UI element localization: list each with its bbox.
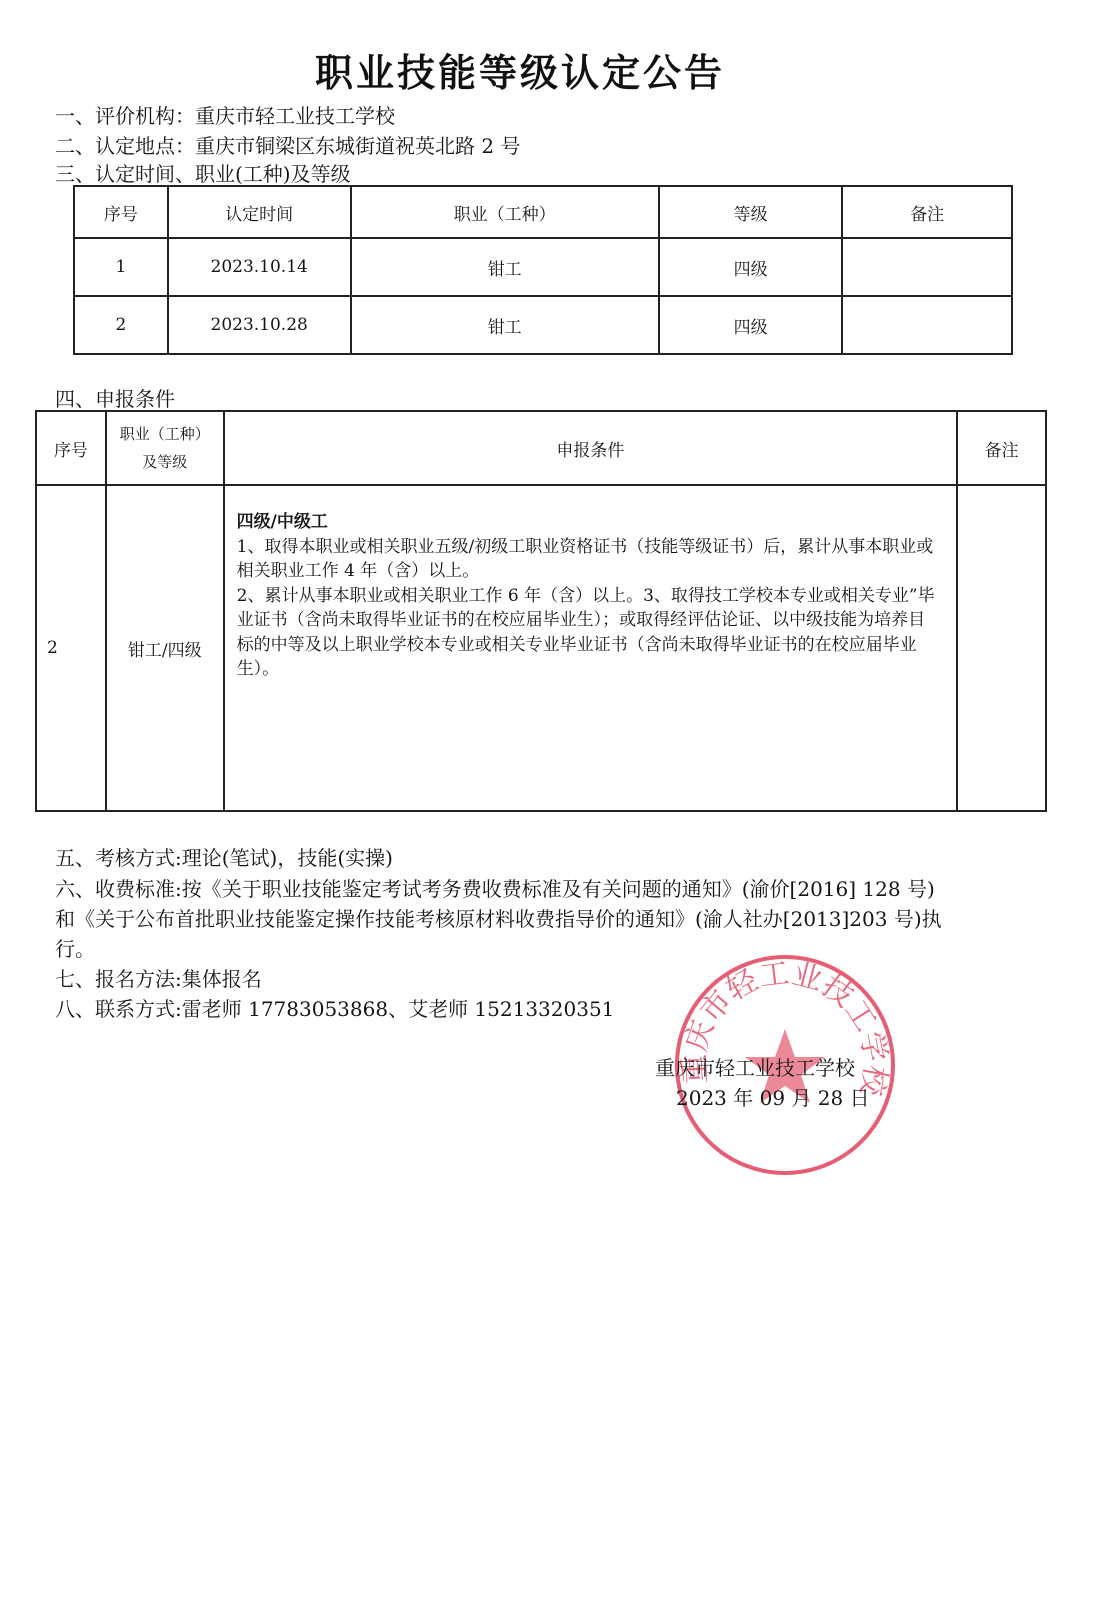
cell-remark [842,238,1012,296]
table-header-row: 序号 职业（工种） 及等级 申报条件 备注 [36,411,1046,485]
section-conditions-heading: 四、申报条件 [55,383,175,412]
cell-date: 2023.10.28 [168,296,351,354]
table-row: 1 2023.10.14 钳工 四级 [74,238,1012,296]
section-label: 二、认定地点： [55,134,195,158]
header-seq: 序号 [36,411,106,485]
section-value: 按《关于职业技能鉴定考试考务费收费标准及有关问题的通知》(渝价[2016] 12… [182,877,935,901]
conditions-table: 序号 职业（工种） 及等级 申报条件 备注 2 钳工/四级 四级/中级工 1、取… [35,410,1047,812]
cell-occupation-level: 钳工/四级 [106,485,224,811]
cell-date: 2023.10.14 [168,238,351,296]
header-occupation: 职业（工种） [351,186,659,238]
signature-date: 2023 年 09 月 28 日 [676,1082,870,1111]
section-fee-standard-line2: 和《关于公布首批职业技能鉴定操作技能考核原材料收费指导价的通知》(渝人社办[20… [55,903,942,932]
header-remark: 备注 [842,186,1012,238]
header-occupation-line1: 职业（工种） [107,420,223,448]
cell-remark [957,485,1046,811]
cell-seq: 2 [74,296,168,354]
section-value: 理论(笔试)，技能(实操) [182,846,393,870]
cell-remark [842,296,1012,354]
cell-occupation: 钳工 [351,238,659,296]
header-seq: 序号 [74,186,168,238]
section-label: 五、考核方式: [55,846,182,870]
section-schedule-heading: 三、认定时间、职业(工种)及等级 [55,158,351,187]
condition-item: 1、取得本职业或相关职业五级/初级工职业资格证书（技能等级证书）后，累计从事本职… [237,535,942,584]
section-registration-method: 七、报名方法:集体报名 [55,963,262,992]
condition-item: 2、累计从事本职业或相关职业工作 6 年（含）以上。3、取得技工学校本专业或相关… [237,584,942,682]
section-value: 雷老师 17783053868、艾老师 15213320351 [182,997,615,1021]
cell-level: 四级 [659,296,843,354]
schedule-table: 序号 认定时间 职业（工种） 等级 备注 1 2023.10.14 钳工 四级 … [73,185,1013,355]
header-level: 等级 [659,186,843,238]
cell-level: 四级 [659,238,843,296]
section-evaluation-agency: 一、评价机构：重庆市轻工业技工学校 [55,100,395,129]
table-row: 2 钳工/四级 四级/中级工 1、取得本职业或相关职业五级/初级工职业资格证书（… [36,485,1046,811]
section-fee-standard: 六、收费标准:按《关于职业技能鉴定考试考务费收费标准及有关问题的通知》(渝价[2… [55,873,935,902]
table-row: 2 2023.10.28 钳工 四级 [74,296,1012,354]
section-value: 重庆市轻工业技工学校 [195,104,395,128]
condition-level-title: 四级/中级工 [237,510,942,535]
cell-occupation: 钳工 [351,296,659,354]
header-remark: 备注 [957,411,1046,485]
section-value: 重庆市铜梁区东城街道祝英北路 2 号 [195,134,520,158]
section-fee-standard-line3: 行。 [55,933,95,962]
header-date: 认定时间 [168,186,351,238]
section-value: 集体报名 [182,967,262,991]
cell-conditions: 四级/中级工 1、取得本职业或相关职业五级/初级工职业资格证书（技能等级证书）后… [224,485,957,811]
table-header-row: 序号 认定时间 职业（工种） 等级 备注 [74,186,1012,238]
section-label: 七、报名方法: [55,967,182,991]
header-occupation-line2: 及等级 [107,448,223,476]
section-label: 一、评价机构： [55,104,195,128]
cell-seq: 2 [36,485,106,811]
cell-seq: 1 [74,238,168,296]
page-title: 职业技能等级认定公告 [0,42,1040,97]
section-label: 八、联系方式: [55,997,182,1021]
section-contact: 八、联系方式:雷老师 17783053868、艾老师 15213320351 [55,993,614,1022]
header-conditions: 申报条件 [224,411,957,485]
section-location: 二、认定地点：重庆市铜梁区东城街道祝英北路 2 号 [55,130,520,159]
section-assessment-method: 五、考核方式:理论(笔试)，技能(实操) [55,842,393,871]
signature-organization: 重庆市轻工业技工学校 [655,1052,855,1081]
section-label: 六、收费标准: [55,877,182,901]
header-occupation-level: 职业（工种） 及等级 [106,411,224,485]
